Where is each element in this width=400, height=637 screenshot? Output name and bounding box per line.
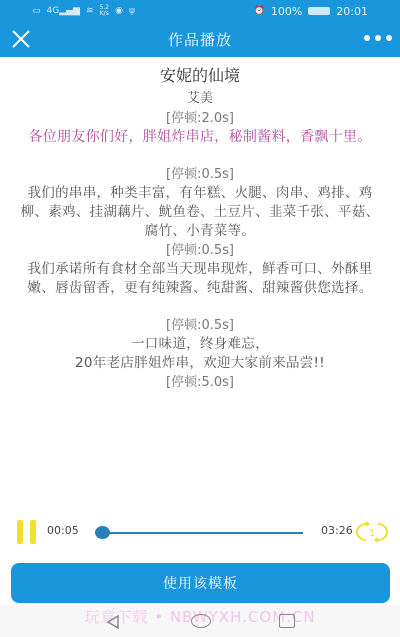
script-paragraph-highlighted: 各位朋友你们好，胖姐炸串店，秘制酱料，香飘十里。 bbox=[0, 128, 400, 147]
hd-icon: ▭ bbox=[32, 6, 41, 16]
status-right: ⏰ 100% 20:01 bbox=[254, 5, 368, 18]
use-template-button[interactable]: 使用该模板 bbox=[11, 563, 390, 603]
battery-percent: 100% bbox=[271, 5, 302, 18]
progress-thumb[interactable] bbox=[95, 526, 110, 539]
wifi-icon: ≋ bbox=[86, 6, 94, 16]
signal-label: 4G bbox=[47, 6, 60, 16]
close-icon bbox=[10, 28, 32, 50]
script-paragraph: 我们承诺所有食材全部当天现串现炸，鲜香可口、外酥里嫩、唇齿留香，更有纯辣酱、纯甜… bbox=[0, 260, 400, 298]
net-speed-unit: K/s bbox=[100, 10, 109, 17]
close-button[interactable] bbox=[10, 28, 32, 50]
status-left: ▭ 4G▂▄▆ ≋ 5.2K/s ◉ ψ bbox=[32, 5, 135, 17]
more-dots-icon bbox=[386, 35, 392, 41]
script-title: 安妮的仙境 bbox=[0, 65, 400, 87]
status-bar: ▭ 4G▂▄▆ ≋ 5.2K/s ◉ ψ ⏰ 100% 20:01 bbox=[0, 0, 400, 22]
script-paragraph: 我们的串串，种类丰富，有年糕、火腿、肉串、鸡排、鸡柳、素鸡、挂湖藕片、鱿鱼卷、土… bbox=[0, 184, 400, 241]
loop-once-icon: 1 bbox=[356, 520, 388, 544]
pause-icon bbox=[17, 520, 23, 544]
spacer bbox=[0, 298, 400, 316]
pause-icon bbox=[30, 520, 36, 544]
pause-marker: [停顿:0.5s] bbox=[0, 165, 400, 184]
progress-slider[interactable] bbox=[98, 532, 303, 534]
more-dots-icon bbox=[364, 35, 370, 41]
more-dots-icon bbox=[375, 35, 381, 41]
eye-icon: ◉ bbox=[115, 6, 123, 16]
loop-count: 1 bbox=[369, 528, 375, 539]
alarm-icon: ⏰ bbox=[254, 6, 265, 16]
battery-icon bbox=[308, 7, 330, 15]
usb-icon: ψ bbox=[129, 6, 135, 16]
script-paragraph: 20年老店胖姐炸串，欢迎大家前来品尝!! bbox=[0, 354, 400, 373]
pause-marker: [停顿:0.5s] bbox=[0, 316, 400, 335]
pause-button[interactable] bbox=[17, 520, 41, 544]
total-time: 03:26 bbox=[321, 524, 353, 537]
script-paragraph: 一口味道，终身难忘， bbox=[0, 335, 400, 354]
signal-icon: 4G▂▄▆ bbox=[47, 6, 80, 16]
net-speed: 5.2K/s bbox=[100, 5, 110, 17]
back-button[interactable] bbox=[105, 614, 121, 634]
pause-marker: [停顿:5.0s] bbox=[0, 373, 400, 392]
script-content: 安妮的仙境 艾美 [停顿:2.0s] 各位朋友你们好，胖姐炸串店，秘制酱料，香飘… bbox=[0, 57, 400, 507]
pause-marker: [停顿:2.0s] bbox=[0, 109, 400, 128]
more-button[interactable] bbox=[364, 35, 392, 41]
script-author: 艾美 bbox=[0, 89, 400, 109]
recent-apps-button[interactable] bbox=[279, 614, 295, 628]
page-title: 作品播放 bbox=[168, 29, 232, 50]
home-button[interactable] bbox=[191, 614, 211, 628]
pause-marker: [停顿:0.5s] bbox=[0, 241, 400, 260]
loop-button[interactable]: 1 bbox=[356, 520, 388, 544]
back-triangle-icon bbox=[105, 614, 121, 630]
audio-player: 00:05 03:26 1 bbox=[0, 513, 400, 549]
spacer bbox=[0, 147, 400, 165]
current-time: 00:05 bbox=[47, 524, 79, 537]
clock: 20:01 bbox=[336, 5, 368, 18]
nav-bar: 作品播放 bbox=[0, 22, 400, 57]
